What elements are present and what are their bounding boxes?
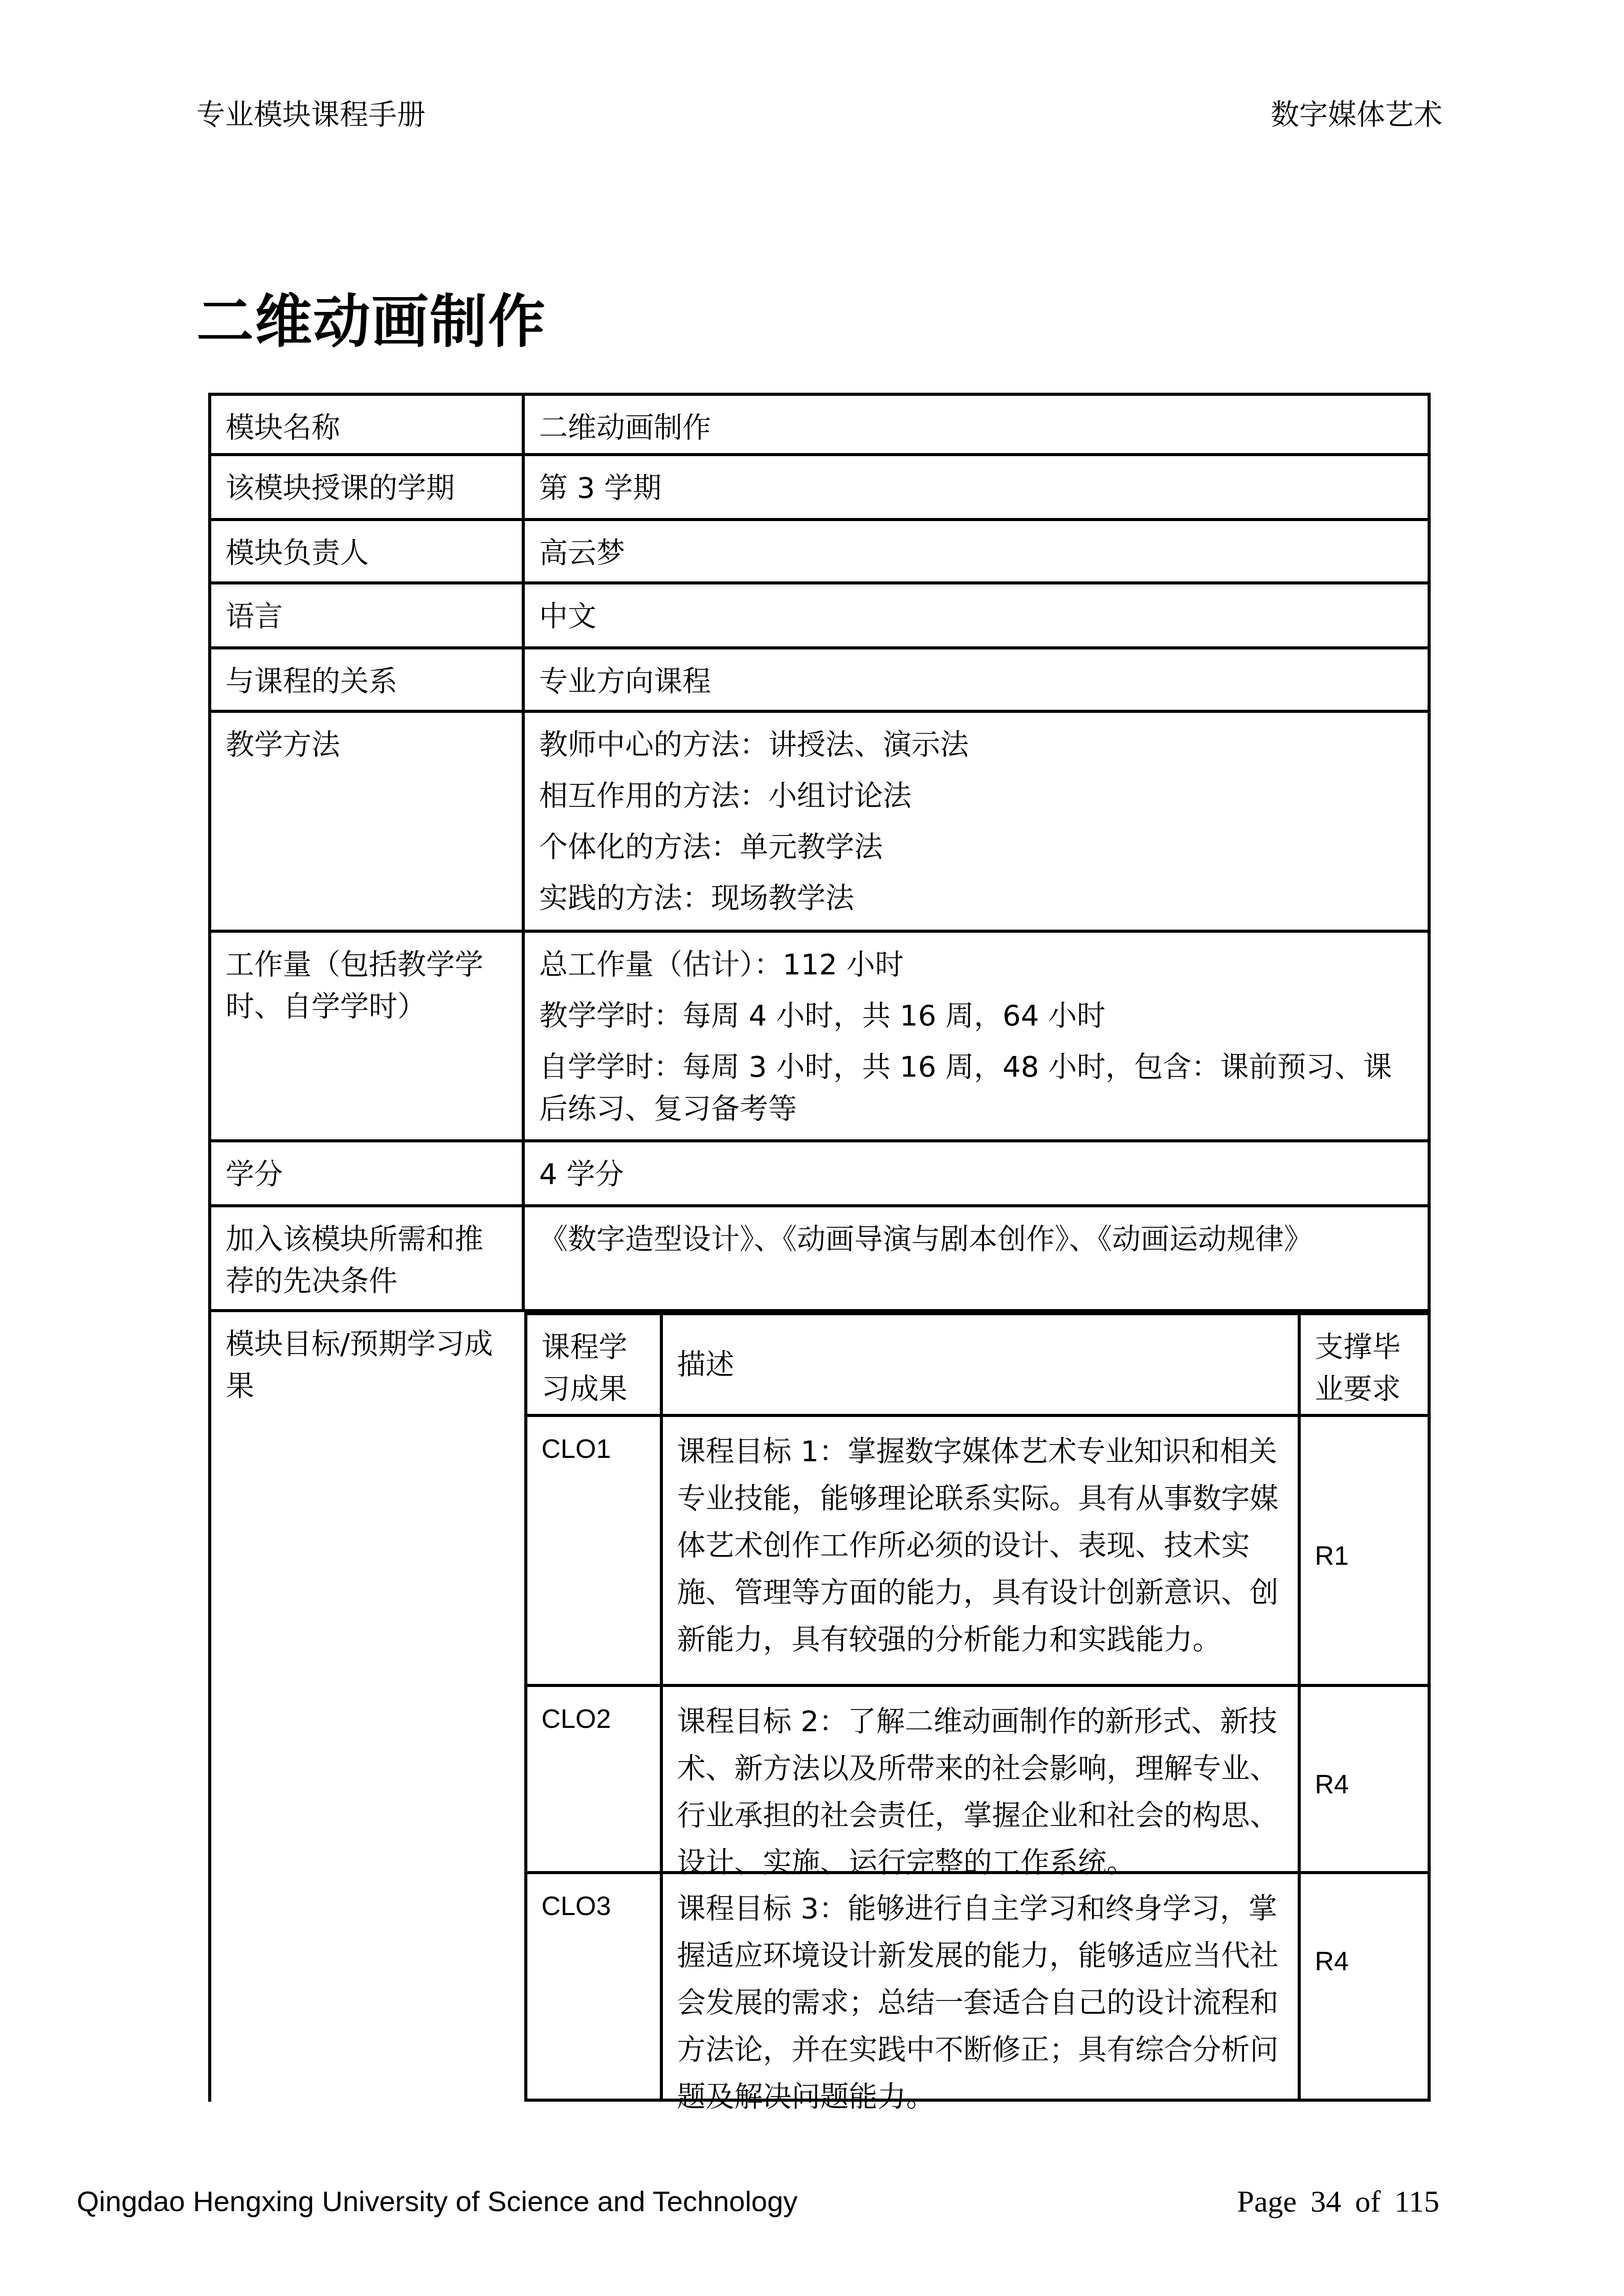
column-header-description: 描述	[663, 1315, 1301, 1414]
row-label: 模块负责人	[211, 521, 525, 581]
clo-description: 课程目标 1：掌握数字媒体艺术专业知识和相关专业技能，能够理论联系实际。具有从事…	[663, 1417, 1301, 1684]
row-value: 第 3 学期	[525, 456, 1428, 518]
outcome-row-clo1: CLO1 课程目标 1：掌握数字媒体艺术专业知识和相关专业技能，能够理论联系实际…	[524, 1417, 1431, 1687]
footer-university: Qingdao Hengxing University of Science a…	[77, 2181, 797, 2222]
table-row-semester: 该模块授课的学期 第 3 学期	[208, 456, 1431, 521]
table-row-relation: 与课程的关系 专业方向课程	[208, 649, 1431, 713]
row-label: 教学方法	[211, 713, 525, 930]
row-value: 专业方向课程	[525, 649, 1428, 710]
table-row-language: 语言 中文	[208, 584, 1431, 649]
row-label: 学分	[211, 1142, 525, 1204]
column-header-clo: 课程学习成果	[527, 1315, 663, 1414]
clo-requirement: R4	[1301, 1874, 1428, 2099]
clo-id: CLO3	[527, 1874, 663, 2099]
row-value: 二维动画制作	[525, 396, 1428, 453]
clo-requirement: R1	[1301, 1417, 1428, 1684]
table-row-module-lead: 模块负责人 高云梦	[208, 521, 1431, 584]
column-header-requirement: 支撑毕业要求	[1301, 1315, 1428, 1414]
row-label: 工作量（包括教学学时、自学学时）	[211, 933, 525, 1139]
table-row-learning-outcomes: 模块目标/预期学习成果 课程学习成果 描述 支撑毕业要求 CLO1 课程目标 1…	[208, 1312, 1431, 2102]
row-label: 模块目标/预期学习成果	[211, 1312, 524, 2102]
header-major-name: 数字媒体艺术	[1271, 95, 1442, 136]
table-row-workload: 工作量（包括教学学时、自学学时） 总工作量（估计）：112 小时 教学学时：每周…	[208, 933, 1431, 1142]
row-label: 语言	[211, 584, 525, 646]
footer-page-number: Page 34 of 115	[1237, 2181, 1439, 2222]
table-row-credits: 学分 4 学分	[208, 1142, 1431, 1207]
clo-id: CLO1	[527, 1417, 663, 1684]
outcome-row-clo3: CLO3 课程目标 3：能够进行自主学习和终身学习，掌握适应环境设计新发展的能力…	[524, 1874, 1431, 2102]
table-row-module-name: 模块名称 二维动画制作	[208, 393, 1431, 456]
row-label: 该模块授课的学期	[211, 456, 525, 518]
learning-outcomes-table: 课程学习成果 描述 支撑毕业要求 CLO1 课程目标 1：掌握数字媒体艺术专业知…	[524, 1312, 1431, 2102]
row-value: 中文	[525, 584, 1428, 646]
clo-description: 课程目标 2：了解二维动画制作的新形式、新技术、新方法以及所带来的社会影响，理解…	[663, 1687, 1301, 1871]
outcomes-header-row: 课程学习成果 描述 支撑毕业要求	[524, 1312, 1431, 1417]
module-info-table: 模块名称 二维动画制作 该模块授课的学期 第 3 学期 模块负责人 高云梦 语言…	[208, 393, 1431, 2102]
row-value: 总工作量（估计）：112 小时 教学学时：每周 4 小时，共 16 周，64 小…	[525, 933, 1428, 1139]
row-value: 4 学分	[525, 1142, 1428, 1204]
clo-description: 课程目标 3：能够进行自主学习和终身学习，掌握适应环境设计新发展的能力，能够适应…	[663, 1874, 1301, 2099]
clo-id: CLO2	[527, 1687, 663, 1871]
row-value: 教师中心的方法：讲授法、演示法 相互作用的方法：小组讨论法 个体化的方法：单元教…	[525, 713, 1428, 930]
row-label: 与课程的关系	[211, 649, 525, 710]
row-value: 高云梦	[525, 521, 1428, 581]
header-manual-title: 专业模块课程手册	[196, 95, 426, 136]
table-row-teaching-methods: 教学方法 教师中心的方法：讲授法、演示法 相互作用的方法：小组讨论法 个体化的方…	[208, 713, 1431, 933]
row-label: 模块名称	[211, 396, 525, 453]
row-value: 《数字造型设计》、《动画导演与剧本创作》、《动画运动规律》	[525, 1207, 1428, 1309]
table-row-prerequisites: 加入该模块所需和推荐的先决条件 《数字造型设计》、《动画导演与剧本创作》、《动画…	[208, 1207, 1431, 1312]
page-title: 二维动画制作	[196, 286, 546, 358]
row-label: 加入该模块所需和推荐的先决条件	[211, 1207, 525, 1309]
outcome-row-clo2: CLO2 课程目标 2：了解二维动画制作的新形式、新技术、新方法以及所带来的社会…	[524, 1687, 1431, 1874]
clo-requirement: R4	[1301, 1687, 1428, 1871]
